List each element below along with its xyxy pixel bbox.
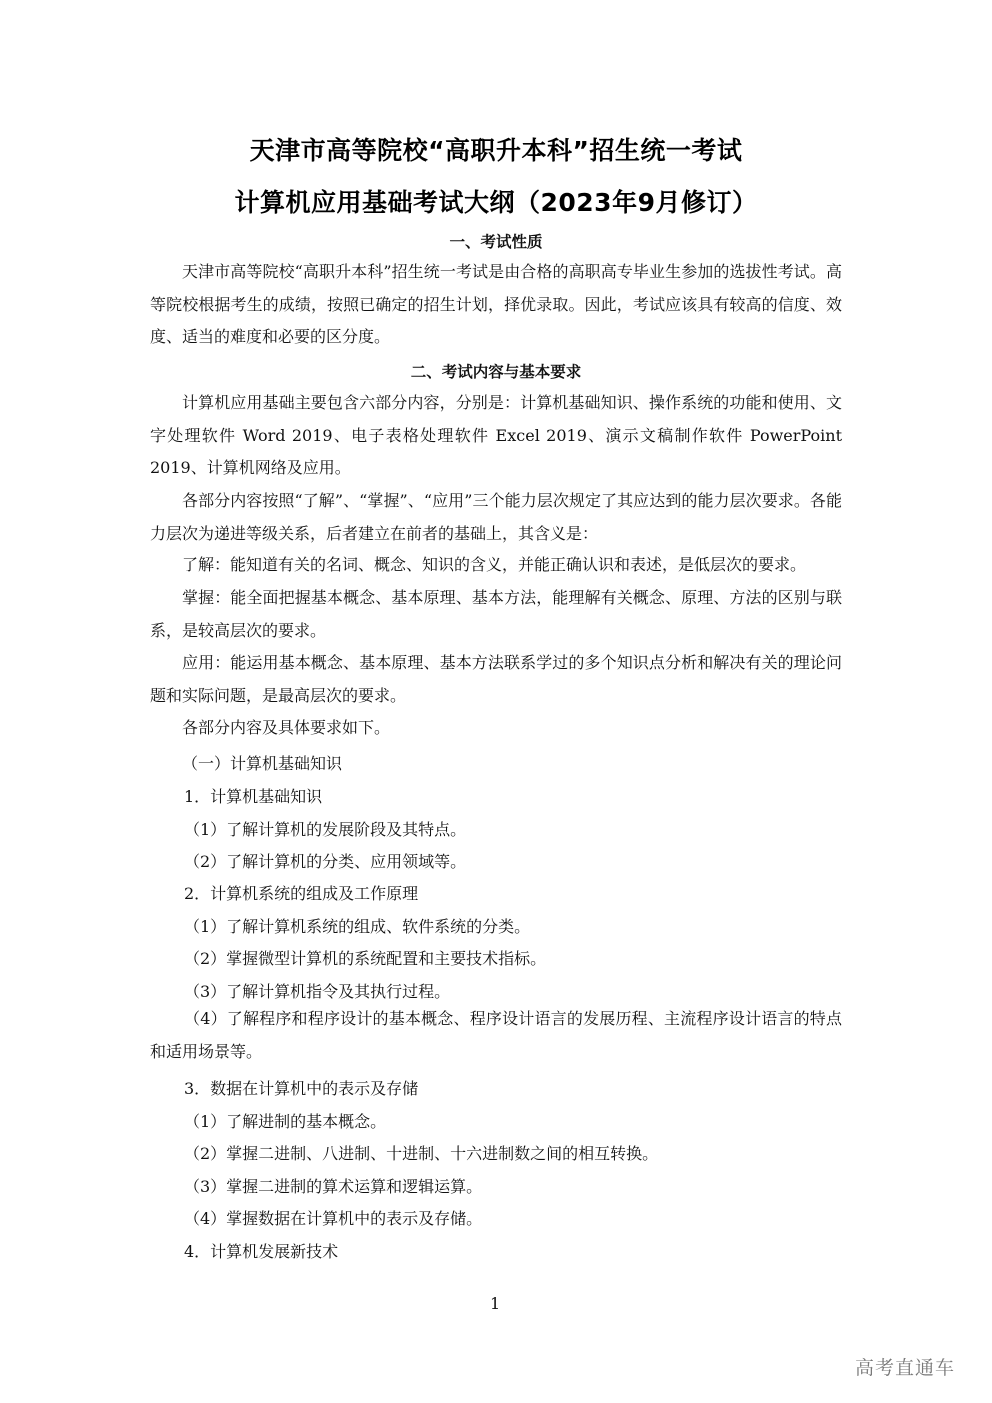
outline-item-title: 3．数据在计算机中的表示及存储 [184, 1076, 418, 1099]
outline-subitem: （1）了解计算机的发展阶段及其特点。 [184, 817, 466, 840]
paragraph-level-apply: 应用：能运用基本概念、基本原理、基本方法联系学过的多个知识点分析和解决有关的理论… [150, 647, 842, 712]
section-heading-exam-nature: 一、考试性质 [150, 230, 842, 252]
outline-subitem: （1）了解计算机系统的组成、软件系统的分类。 [184, 914, 530, 937]
paragraph-level-master: 掌握：能全面把握基本概念、基本原理、基本方法，能理解有关概念、原理、方法的区别与… [150, 582, 842, 647]
document-title-line2: 计算机应用基础考试大纲（2023年9月修订） [150, 183, 842, 219]
paragraph-exam-nature: 天津市高等院校“高职升本科”招生统一考试是由合格的高职高专毕业生参加的选拔性考试… [150, 256, 842, 354]
paragraph-ability-levels: 各部分内容按照“了解”、“掌握”、“应用”三个能力层次规定了其应达到的能力层次要… [150, 485, 842, 550]
outline-part-title: （一）计算机基础知识 [182, 751, 342, 774]
outline-subitem: （2）了解计算机的分类、应用领域等。 [184, 849, 466, 872]
outline-subitem: （4）了解程序和程序设计的基本概念、程序设计语言的发展历程、主流程序设计语言的特… [150, 1003, 842, 1068]
outline-subitem: （1）了解进制的基本概念。 [184, 1109, 386, 1132]
paragraph-details-intro: 各部分内容及具体要求如下。 [150, 712, 842, 745]
outline-subitem: （3）了解计算机指令及其执行过程。 [184, 979, 450, 1002]
outline-subitem: （4）掌握数据在计算机中的表示及存储。 [184, 1206, 482, 1229]
watermark: 高考直通车 [855, 1353, 955, 1380]
outline-subitem: （2）掌握微型计算机的系统配置和主要技术指标。 [184, 946, 546, 969]
outline-subitem: （3）掌握二进制的算术运算和逻辑运算。 [184, 1174, 482, 1197]
outline-subitem: （2）掌握二进制、八进制、十进制、十六进制数之间的相互转换。 [184, 1141, 658, 1164]
outline-item-title: 1．计算机基础知识 [184, 784, 322, 807]
page-number: 1 [490, 1294, 500, 1313]
outline-item-title: 2．计算机系统的组成及工作原理 [184, 881, 418, 904]
outline-item-title: 4．计算机发展新技术 [184, 1239, 338, 1262]
paragraph-content-overview: 计算机应用基础主要包含六部分内容，分别是：计算机基础知识、操作系统的功能和使用、… [150, 387, 842, 485]
section-heading-exam-content: 二、考试内容与基本要求 [150, 360, 842, 382]
document-title-line1: 天津市高等院校“高职升本科”招生统一考试 [150, 131, 842, 167]
paragraph-level-understand: 了解：能知道有关的名词、概念、知识的含义，并能正确认识和表述，是低层次的要求。 [150, 549, 842, 582]
